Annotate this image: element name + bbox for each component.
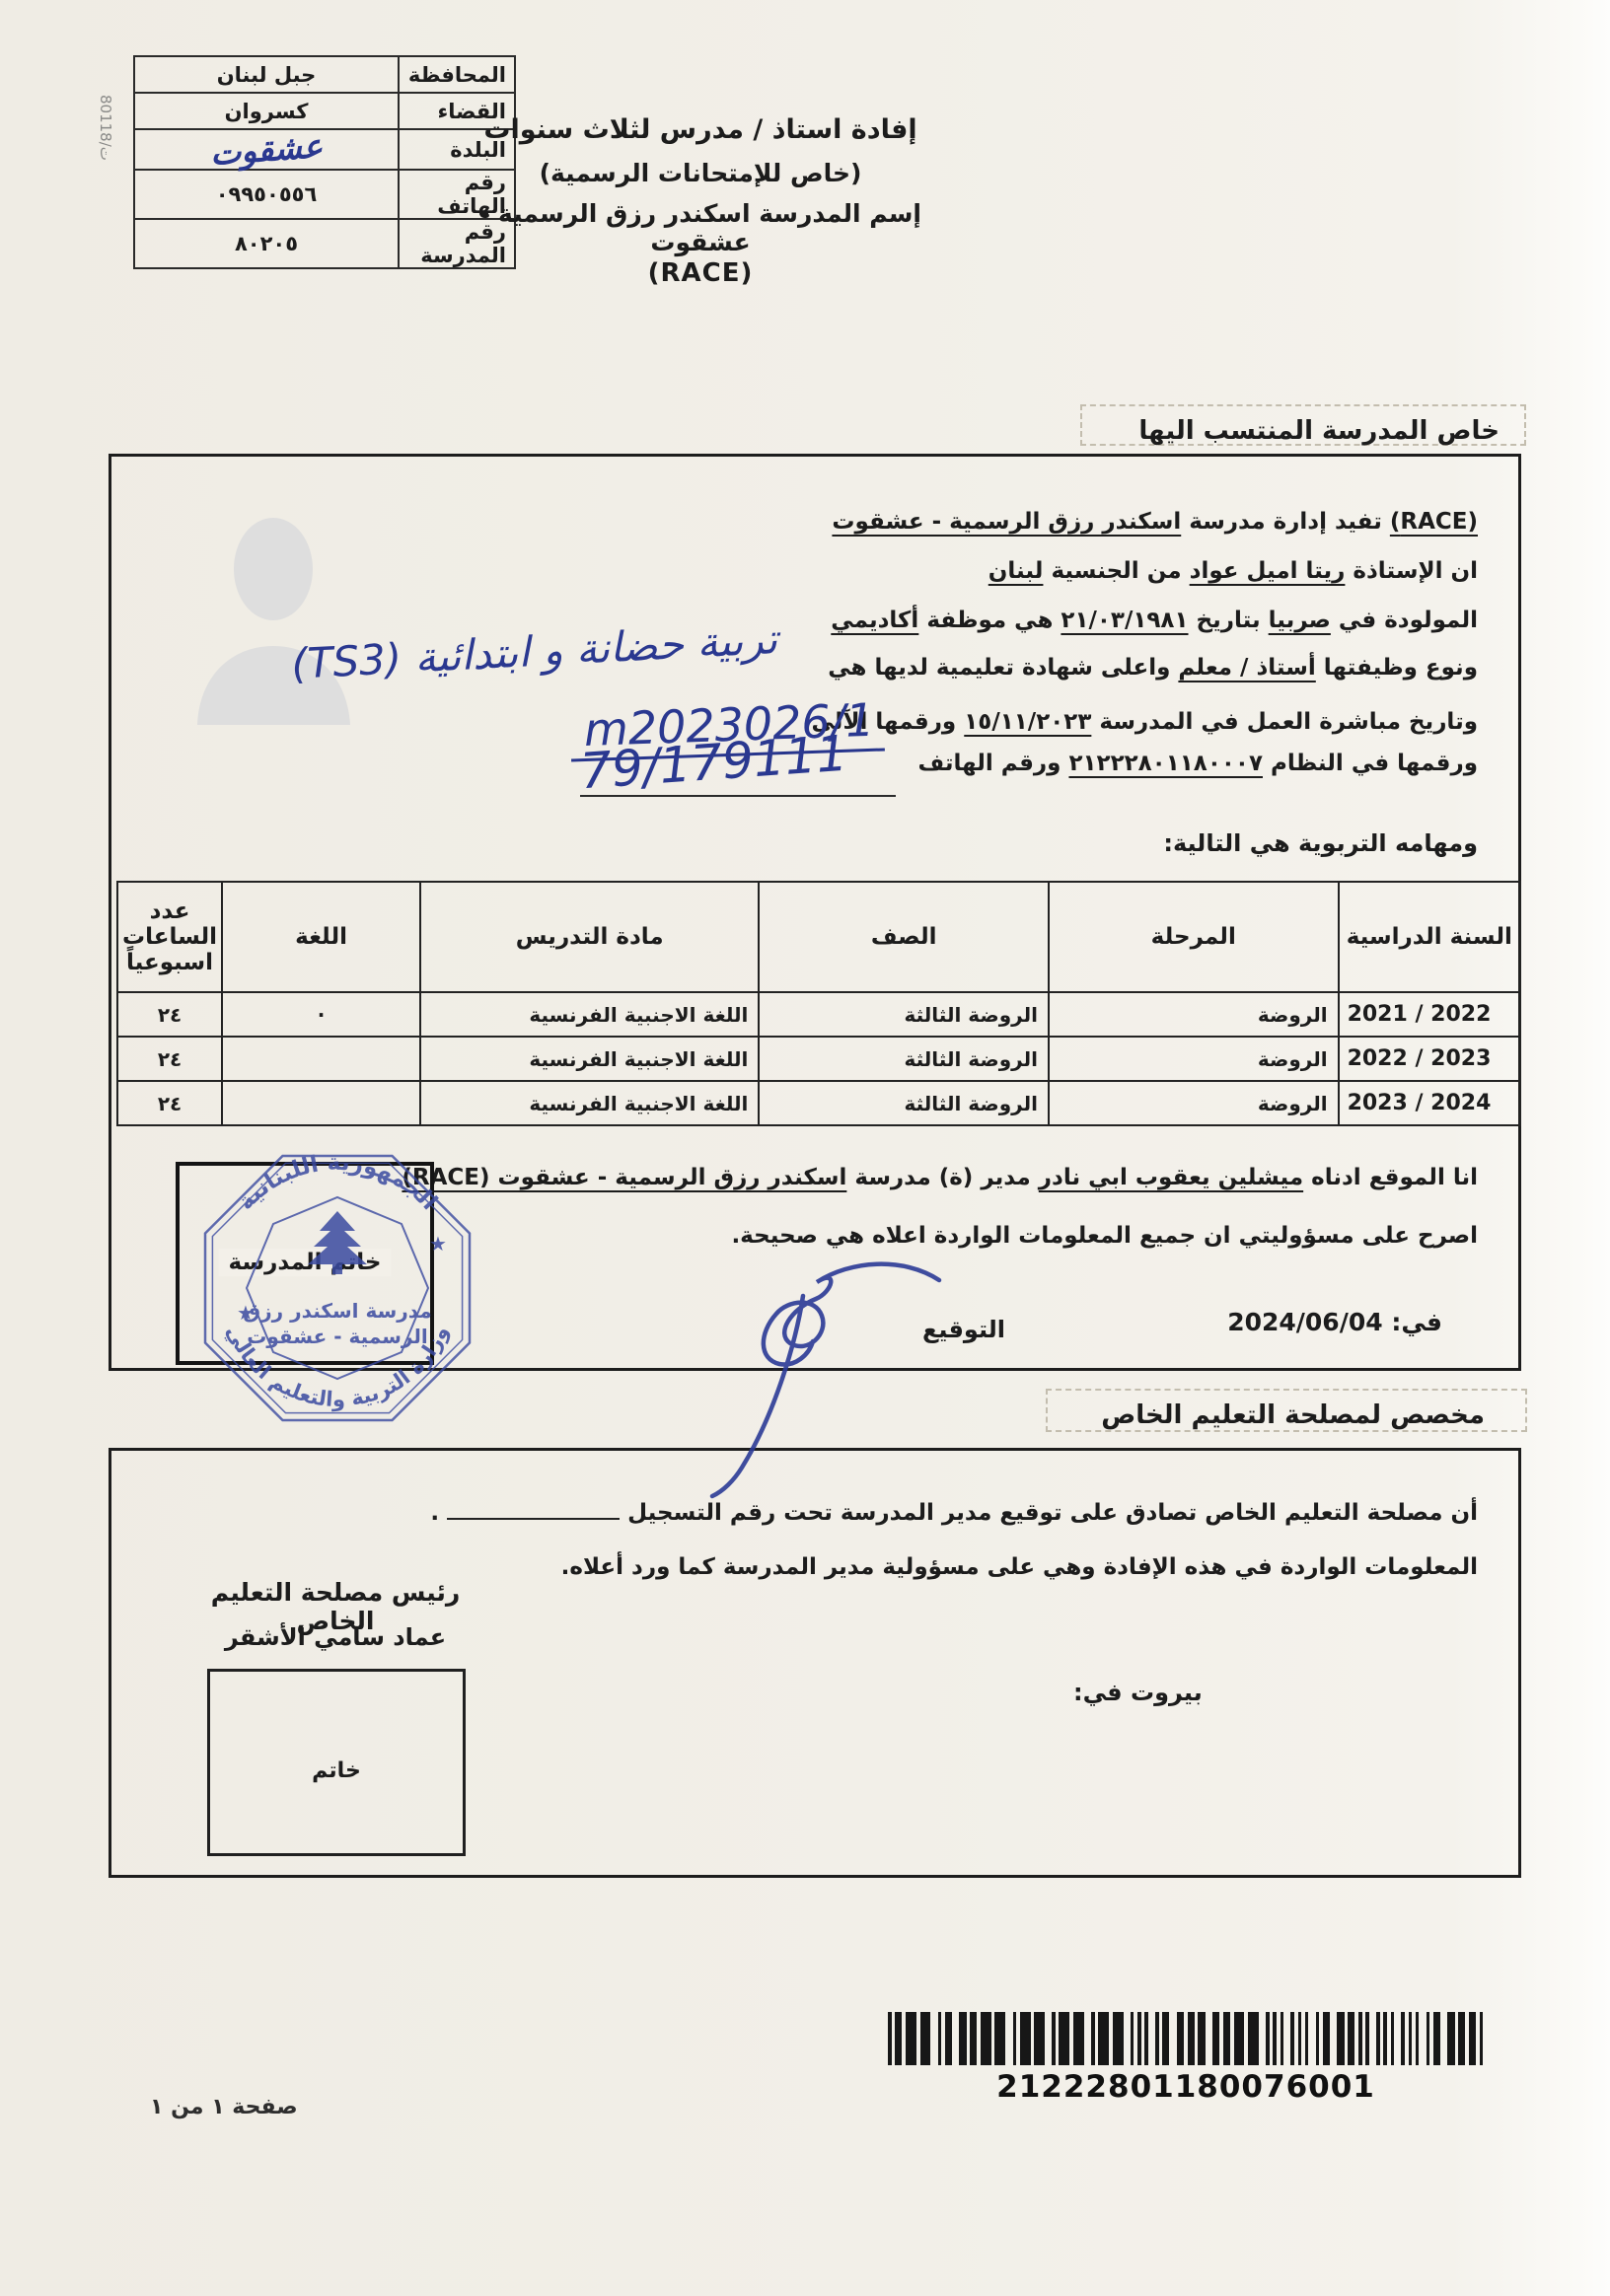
birthdate-underlined: ٢١/٠٣/١٩٨١: [1061, 608, 1188, 633]
job-type-underlined: أكاديمي: [831, 608, 918, 633]
class-cell: الروضة الثالثة: [759, 1081, 1049, 1125]
school-round-stamp: الجمهورية اللبنانية وزارة التربية والتعل…: [189, 1140, 485, 1446]
school-code: (RACE): [444, 258, 957, 288]
line-text: من الجنسية: [1043, 558, 1189, 584]
line-text: انا الموقع ادناه: [1303, 1165, 1478, 1190]
attestation-line-1: (RACE) تفيد إدارة مدرسة اسكندر رزق الرسم…: [832, 509, 1478, 535]
handwritten-town: عشقوت: [209, 126, 324, 173]
barcode-number: 21222801180076001: [888, 2069, 1484, 2105]
attestation-line-2: ان الإستاذة ريتا اميل عواد من الجنسية لب…: [988, 558, 1478, 584]
system-number-underlined: ٢١٢٢٢٨٠١١٨٠٠٠٧: [1068, 751, 1263, 776]
stamp-placeholder-label: خاتم: [210, 1758, 463, 1783]
subject-cell: اللغة الاجنبية الفرنسية: [420, 992, 759, 1037]
stamp-school-name-line1: مدرسة اسكندر رزق: [243, 1299, 431, 1323]
teacher-name-underlined: ريتا اميل عواد: [1190, 558, 1346, 584]
nationality-underlined: لبنان: [988, 558, 1044, 584]
duties-table: السنة الدراسية المرحلة الصف مادة التدريس…: [116, 881, 1521, 1126]
year-cell: 2023 / 2024: [1339, 1081, 1520, 1125]
line-text: ورقمها في النظام: [1263, 751, 1478, 776]
school-name-line: إسم المدرسة اسكندر رزق الرسمية - عشقوت: [444, 199, 957, 256]
section1-heading: خاص المدرسة المنتسب اليها: [1138, 416, 1500, 446]
column-header: السنة الدراسية: [1339, 882, 1520, 992]
column-header: اللغة: [222, 882, 420, 992]
declaration-line-1: انا الموقع ادناه ميشلين يعقوب ابي نادر م…: [402, 1165, 1478, 1190]
year-cell: 2022 / 2023: [1339, 1037, 1520, 1081]
table-row: 2023 / 2024 الروضة الروضة الثالثة اللغة …: [117, 1081, 1520, 1125]
column-header: المرحلة: [1049, 882, 1339, 992]
column-header: مادة التدريس: [420, 882, 759, 992]
governorate-label: المحافظة: [399, 56, 515, 93]
town-value: عشقوت: [134, 129, 399, 170]
director-signature: [592, 1239, 967, 1505]
stage-cell: الروضة: [1049, 1081, 1339, 1125]
phone-blank-line: [580, 795, 896, 797]
certification-line-2: المعلومات الواردة في هذه الإفادة وهي على…: [561, 1554, 1478, 1580]
duties-heading: ومهامه التربوية هي التالية:: [1163, 829, 1478, 857]
cedar-tree-icon: [308, 1211, 367, 1274]
line-text: تفيد إدارة مدرسة: [1181, 509, 1390, 535]
hours-cell: ٢٤: [117, 1037, 222, 1081]
stage-cell: الروضة: [1049, 992, 1339, 1037]
subject-cell: اللغة الاجنبية الفرنسية: [420, 1081, 759, 1125]
language-cell: ·: [222, 992, 420, 1037]
line-text: .: [430, 1500, 447, 1526]
scan-side-code: 80118/ت: [97, 95, 114, 161]
svg-text:الجمهورية اللبنانية: الجمهورية اللبنانية: [233, 1150, 442, 1215]
stamp-arc-top-text: الجمهورية اللبنانية: [233, 1150, 442, 1215]
class-cell: الروضة الثالثة: [759, 992, 1049, 1037]
district-value: كسروان: [134, 93, 399, 129]
stamp-star-left: ★: [237, 1301, 255, 1325]
line-text: هي موظفة: [918, 608, 1061, 633]
page-footer: صفحة ١ من ١: [150, 2095, 298, 2119]
class-cell: الروضة الثالثة: [759, 1037, 1049, 1081]
document-subtitle: (خاص للإمتحانات الرسمية): [444, 159, 957, 187]
line-text: ان الإستاذة: [1345, 558, 1478, 584]
line-text: ورقم الهاتف: [917, 751, 1068, 776]
column-header: الصف: [759, 882, 1049, 992]
birthplace-underlined: صربيا: [1269, 608, 1331, 633]
table-row: جبل لبنان المحافظة: [134, 56, 515, 93]
director-name-underlined: ميشلين يعقوب ابي نادر: [1039, 1165, 1303, 1190]
stage-cell: الروضة: [1049, 1037, 1339, 1081]
attestation-line-4: ونوع وظيفتها أستاذ / معلم واعلى شهادة تع…: [828, 655, 1478, 681]
chief-name: عماد سامي الأشقر: [178, 1623, 493, 1651]
photo-placeholder-silhouette: [178, 498, 370, 725]
scanned-document-page: 80118/ت جبل لبنان المحافظة كسروان القضاء…: [0, 0, 1610, 2296]
document-header: إفادة استاذ / مدرس لثلاث سنوات (خاص للإم…: [444, 114, 957, 288]
school-name-underlined: اسكندر رزق الرسمية - عشقوت: [832, 509, 1181, 535]
beirut-date-label: بيروت في:: [1073, 1679, 1203, 1706]
table-row: 2021 / 2022 الروضة الروضة الثالثة اللغة …: [117, 992, 1520, 1037]
header-row: السنة الدراسية المرحلة الصف مادة التدريس…: [117, 882, 1520, 992]
school-number-value: ٨٠٢٠٥: [134, 219, 399, 268]
line-text: مدير (ة) مدرسة: [846, 1165, 1038, 1190]
attestation-line-5: وتاريخ مباشرة العمل في المدرسة ١٥/١١/٢٠٢…: [811, 709, 1478, 735]
race-code-underlined: (RACE): [1390, 509, 1478, 535]
line-text: وتاريخ مباشرة العمل في المدرسة: [1091, 709, 1478, 735]
language-cell: [222, 1037, 420, 1081]
attestation-line-6: ورقمها في النظام ٢١٢٢٢٨٠١١٨٠٠٠٧ ورقم اله…: [917, 751, 1478, 776]
line-text: واعلى شهادة تعليمية لديها هي: [828, 655, 1178, 681]
hours-cell: ٢٤: [117, 1081, 222, 1125]
line-text: بتاريخ: [1189, 608, 1269, 633]
line-text: المولودة في: [1331, 608, 1478, 633]
ministry-stamp-placeholder-box: خاتم: [207, 1669, 466, 1856]
stamp-school-name-line2: الرسمية - عشقوت: [247, 1325, 427, 1348]
governorate-value: جبل لبنان: [134, 56, 399, 93]
barcode: [888, 2012, 1484, 2065]
column-header: عدد الساعات اسبوعياً: [117, 882, 222, 992]
document-title: إفادة استاذ / مدرس لثلاث سنوات: [444, 114, 957, 145]
language-cell: [222, 1081, 420, 1125]
hours-cell: ٢٤: [117, 992, 222, 1037]
position-underlined: أستاذ / معلم: [1178, 655, 1315, 681]
date-line: في: 2024/06/04: [1227, 1308, 1442, 1336]
year-cell: 2021 / 2022: [1339, 992, 1520, 1037]
section2-heading: مخصص لمصلحة التعليم الخاص: [1101, 1400, 1485, 1430]
line-text: ونوع وظيفتها: [1316, 655, 1478, 681]
attestation-line-3: المولودة في صربيا بتاريخ ٢١/٠٣/١٩٨١ هي م…: [831, 608, 1478, 633]
phone-value: ٠٩٩٥٠٥٥٦: [134, 170, 399, 219]
start-date-underlined: ١٥/١١/٢٠٢٣: [964, 709, 1091, 735]
table-row: 2022 / 2023 الروضة الروضة الثالثة اللغة …: [117, 1037, 1520, 1081]
stamp-star-right: ★: [429, 1232, 447, 1256]
subject-cell: اللغة الاجنبية الفرنسية: [420, 1037, 759, 1081]
